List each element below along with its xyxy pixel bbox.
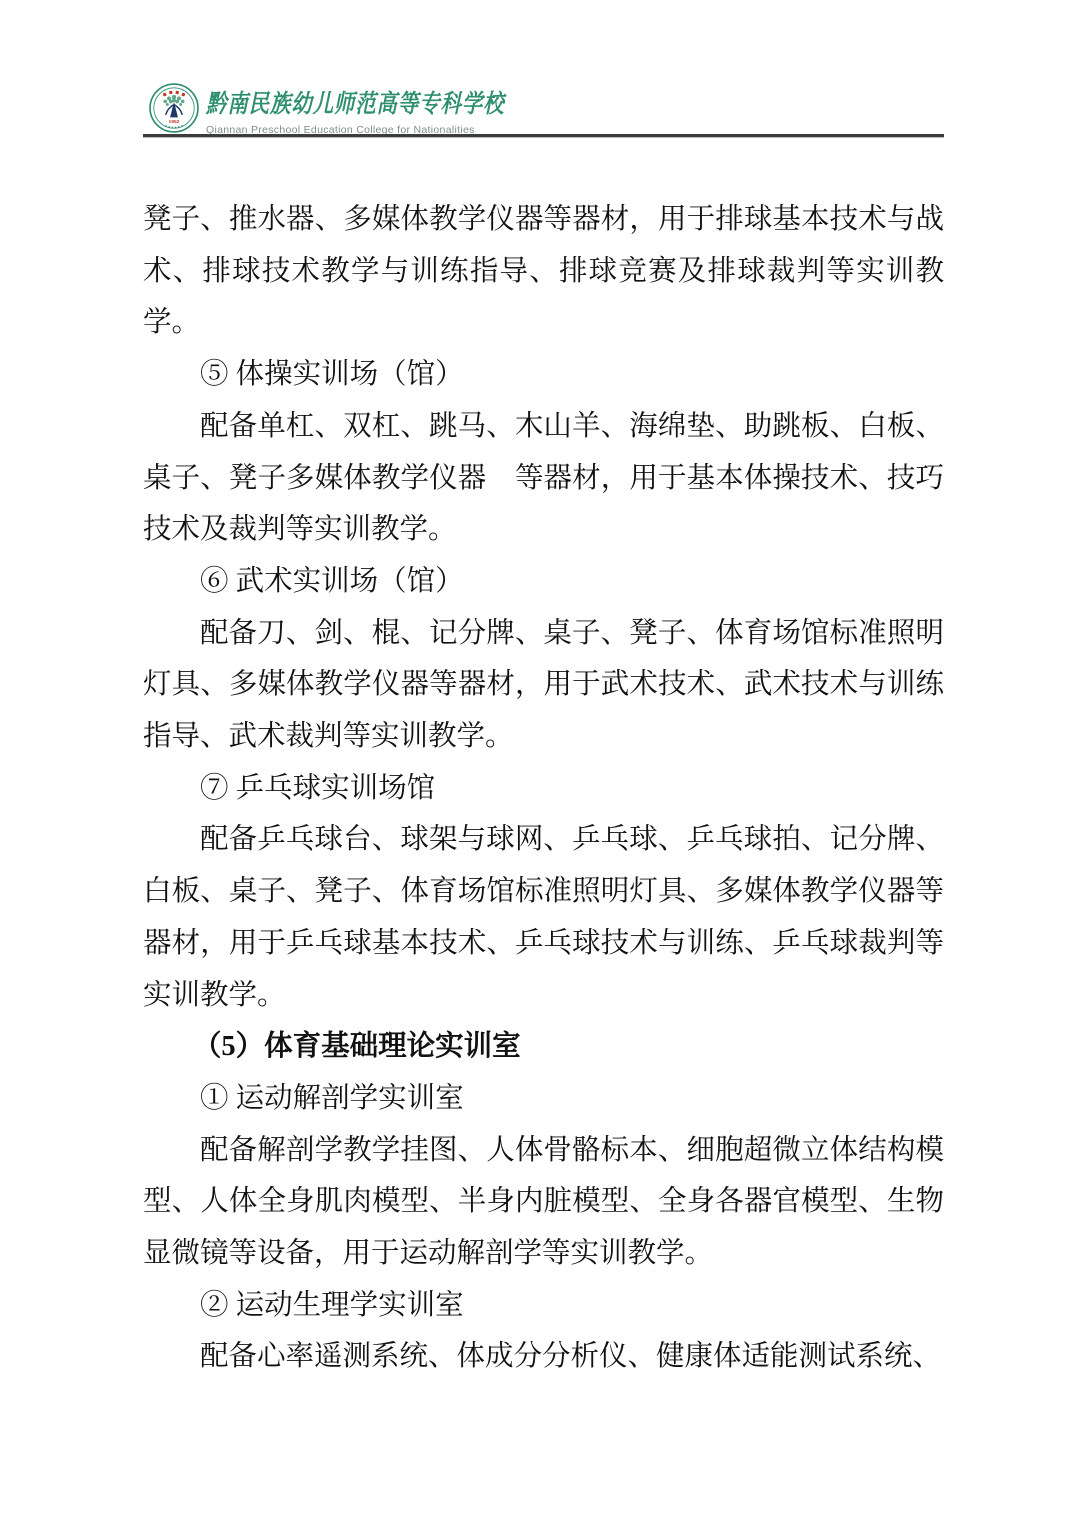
letterhead: 1952 黔南民族幼儿师范高等专科学校 Qiannan Preschool Ed…: [0, 0, 1074, 140]
item-heading-physiology: ② 运动生理学实训室: [143, 1280, 944, 1332]
item-heading-gymnastics: ⑤ 体操实训场（馆）: [143, 349, 944, 401]
paragraph-table-tennis: 配备乒乓球台、球架与球网、乒乓球、乒乓球拍、记分牌、白板、桌子、凳子、体育场馆标…: [143, 814, 944, 1021]
school-name-zh: 黔南民族幼儿师范高等专科学校: [206, 84, 665, 120]
paragraph-physiology: 配备心率遥测系统、体成分分析仪、健康体适能测试系统、: [143, 1331, 944, 1383]
paragraph-volleyball-continuation: 凳子、推水器、多媒体教学仪器等器材，用于排球基本技术与战术、排球技术教学与训练指…: [143, 194, 944, 349]
paragraph-gymnastics: 配备单杠、双杠、跳马、木山羊、海绵垫、助跳板、白板、桌子、凳子多媒体教学仪器 等…: [143, 401, 944, 556]
header-divider: [143, 134, 944, 138]
seal-year: 1952: [169, 119, 180, 125]
school-name-block: 黔南民族幼儿师范高等专科学校 Qiannan Preschool Educati…: [206, 84, 766, 136]
paragraph-wushu: 配备刀、剑、棍、记分牌、桌子、凳子、体育场馆标准照明灯具、多媒体教学仪器等器材，…: [143, 608, 944, 763]
section-heading-sports-theory: （5）体育基础理论实训室: [143, 1021, 944, 1073]
paragraph-anatomy: 配备解剖学教学挂图、人体骨骼标本、细胞超微立体结构模型、人体全身肌肉模型、半身内…: [143, 1125, 944, 1280]
item-heading-table-tennis: ⑦ 乒乓球实训场馆: [143, 763, 944, 815]
document-page: 1952 黔南民族幼儿师范高等专科学校 Qiannan Preschool Ed…: [0, 0, 1074, 1520]
school-seal-icon: 1952: [149, 83, 199, 133]
document-body: 凳子、推水器、多媒体教学仪器等器材，用于排球基本技术与战术、排球技术教学与训练指…: [143, 194, 944, 1383]
item-heading-wushu: ⑥ 武术实训场（馆）: [143, 556, 944, 608]
item-heading-anatomy: ① 运动解剖学实训室: [143, 1073, 944, 1125]
